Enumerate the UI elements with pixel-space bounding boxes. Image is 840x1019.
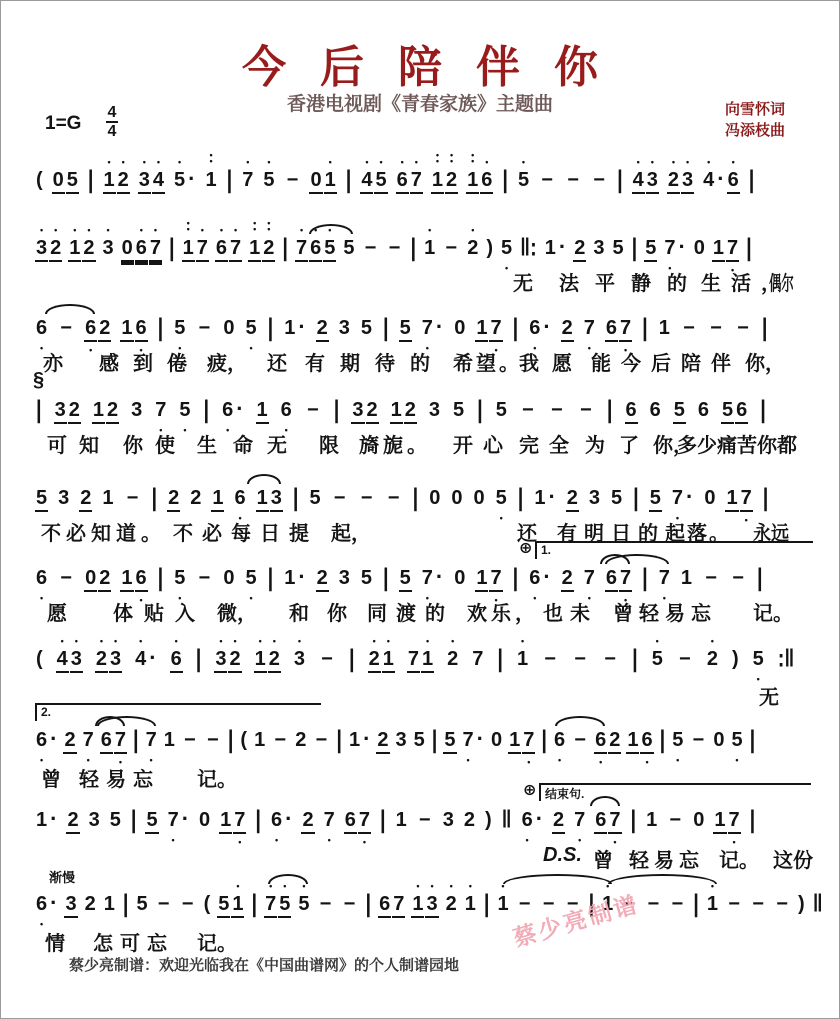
note: 7• bbox=[196, 236, 209, 262]
lyric-segment: 你 bbox=[327, 597, 347, 626]
lyric-segment: 疲， bbox=[207, 347, 247, 376]
note: 6• bbox=[35, 316, 48, 340]
note: 2• • bbox=[445, 168, 458, 194]
note: 5 bbox=[135, 892, 148, 916]
music-symbol: − bbox=[442, 236, 460, 260]
music-symbol: | bbox=[335, 728, 343, 752]
lyric-segment: 记。 bbox=[197, 927, 237, 956]
note: 2 bbox=[79, 486, 92, 512]
note: 5 bbox=[66, 168, 79, 194]
note: 5• bbox=[278, 892, 291, 918]
music-symbol: · bbox=[187, 167, 196, 192]
music-symbol: ( bbox=[35, 168, 44, 192]
music-symbol: | bbox=[122, 892, 130, 916]
note: 0 bbox=[198, 808, 211, 832]
note: 3 bbox=[338, 316, 351, 340]
note: 5 bbox=[644, 236, 657, 262]
music-symbol: − bbox=[304, 398, 322, 422]
note: 1• • bbox=[204, 168, 217, 192]
lyric-segment: 这份 bbox=[773, 844, 813, 873]
music-symbol: | bbox=[496, 647, 504, 671]
note: 5• bbox=[730, 728, 743, 752]
lyric-segment: 完全 bbox=[519, 429, 579, 458]
note: 2 bbox=[167, 486, 180, 512]
coda-icon: ⊕ bbox=[523, 780, 536, 800]
note: 1 bbox=[35, 808, 48, 832]
score-line-4: §|321237•5•|6•·16•−|321235|5−−−|665656| bbox=[35, 397, 813, 427]
music-symbol: − bbox=[702, 566, 720, 590]
note: 6• bbox=[135, 236, 148, 262]
music-symbol: − bbox=[601, 647, 619, 671]
note: 6• bbox=[221, 398, 234, 422]
note: 2• • bbox=[262, 236, 275, 262]
note: 3 bbox=[88, 808, 101, 832]
note: 7• bbox=[573, 808, 586, 832]
music-symbol: − bbox=[644, 892, 662, 916]
music-symbol: · bbox=[547, 485, 556, 510]
music-symbol: − bbox=[312, 728, 330, 752]
note: 1 bbox=[725, 486, 738, 512]
note: 5• bbox=[244, 316, 257, 340]
music-symbol: · bbox=[297, 565, 306, 590]
note: 6• bbox=[84, 316, 97, 342]
music-symbol: · bbox=[685, 485, 694, 510]
music-symbol: − bbox=[541, 647, 559, 671]
key-signature: 1=G bbox=[45, 113, 81, 135]
note: 3• bbox=[35, 236, 48, 262]
music-symbol: | bbox=[379, 808, 387, 832]
note: 0 bbox=[450, 486, 463, 510]
note: 6• bbox=[135, 566, 148, 592]
note: 7• bbox=[462, 728, 475, 752]
note: 0 bbox=[703, 486, 716, 510]
note: 2• bbox=[117, 168, 130, 194]
note: 2 bbox=[463, 808, 476, 832]
lyric-segment: 感到倦 bbox=[99, 347, 201, 376]
note: 5• bbox=[173, 316, 186, 340]
music-symbol: | bbox=[631, 236, 639, 260]
note: 6• bbox=[528, 566, 541, 590]
volta-bracket: 结束句. bbox=[539, 783, 811, 801]
note: 5 bbox=[109, 808, 122, 832]
note: 1 bbox=[163, 728, 176, 752]
score-line-8: 2.6•·27•67•|7•1−−|(1−2−|1·235|57•·017•|6… bbox=[35, 727, 813, 757]
note: 0 bbox=[309, 168, 322, 194]
lyric-segment: 生 bbox=[197, 429, 217, 458]
music-symbol: · bbox=[362, 727, 371, 752]
note: 2 bbox=[66, 808, 79, 834]
note: 6• bbox=[553, 728, 566, 752]
music-symbol: | bbox=[540, 728, 548, 752]
note: 1 bbox=[645, 808, 658, 832]
note: 6 bbox=[649, 398, 662, 422]
music-symbol: − bbox=[179, 892, 197, 916]
lyric-line-9: D.S.曾轻易忘记。这份 bbox=[1, 844, 839, 870]
music-symbol: − bbox=[181, 728, 199, 752]
music-symbol: − bbox=[195, 566, 213, 590]
note: 7• bbox=[149, 236, 162, 262]
note: 3 bbox=[338, 566, 351, 590]
note: 2 bbox=[189, 486, 202, 510]
note: 6• bbox=[309, 236, 322, 262]
note: 3 bbox=[54, 398, 67, 424]
note: 7 bbox=[471, 647, 484, 671]
note: 5• bbox=[244, 566, 257, 590]
music-symbol: − bbox=[707, 316, 725, 340]
note: 5• bbox=[495, 486, 508, 510]
note: 0 bbox=[472, 486, 485, 510]
lyric-segment: 不必每日提 bbox=[173, 517, 318, 546]
music-symbol: · bbox=[49, 807, 58, 832]
song-title: 今后陪伴你 bbox=[1, 31, 839, 95]
segno-icon: § bbox=[33, 369, 44, 392]
lyric-segment: 情 bbox=[45, 927, 65, 956]
music-symbol: | bbox=[756, 566, 764, 590]
lyric-segment: 无 bbox=[759, 681, 779, 710]
note: 1 bbox=[626, 728, 639, 754]
note: 2 bbox=[561, 566, 574, 592]
note: 6 bbox=[605, 566, 618, 592]
music-symbol: · bbox=[435, 565, 444, 590]
music-symbol: − bbox=[57, 566, 75, 590]
note: 7• bbox=[114, 728, 127, 754]
note: 2 bbox=[98, 316, 111, 342]
music-symbol: | bbox=[226, 168, 234, 192]
music-symbol: − bbox=[57, 316, 75, 340]
note: 0 bbox=[52, 168, 65, 194]
music-symbol: | bbox=[254, 808, 262, 832]
music-symbol: − bbox=[331, 486, 349, 510]
music-symbol: − bbox=[666, 808, 684, 832]
note: 7• bbox=[167, 808, 180, 832]
music-symbol: · bbox=[542, 315, 551, 340]
note: 1• bbox=[411, 892, 424, 918]
note: 2 bbox=[561, 316, 574, 342]
note: 5 bbox=[342, 236, 355, 260]
music-symbol: · bbox=[716, 167, 725, 192]
music-symbol: | bbox=[382, 316, 390, 340]
music-symbol: − bbox=[519, 398, 537, 422]
note: 1 bbox=[120, 316, 133, 342]
note: 5 bbox=[399, 566, 412, 592]
note: 6 bbox=[594, 808, 607, 834]
note: 6 bbox=[100, 728, 113, 754]
music-symbol: − bbox=[734, 316, 752, 340]
score-line-6: 1.⊕6•−0216•|5•−05•|1·235|57•·017•|6•·27•… bbox=[35, 565, 813, 595]
music-symbol: · bbox=[284, 807, 293, 832]
note: 5 bbox=[360, 566, 373, 590]
note: 7• bbox=[583, 316, 596, 340]
note: 7• bbox=[154, 398, 167, 422]
note: 1 bbox=[390, 398, 403, 424]
note: 1 bbox=[533, 486, 546, 510]
note: 1• bbox=[382, 647, 395, 673]
note: 0 bbox=[453, 566, 466, 590]
lyric-segment: 还 bbox=[267, 347, 287, 376]
music-symbol: − bbox=[195, 316, 213, 340]
music-symbol: − bbox=[590, 168, 608, 192]
score-line-1: (05|1•2•3•4•5•·1• •|7•5•−01•|4•5•6•7•1• … bbox=[35, 167, 813, 197]
music-symbol: | bbox=[267, 316, 275, 340]
music-symbol: | bbox=[412, 486, 420, 510]
score-line-2: 3•2•1•2•3•06•7•|1• •7•6•7•1• •2• •|7•6•5… bbox=[35, 235, 813, 265]
music-symbol: · bbox=[148, 646, 157, 671]
note: 2• bbox=[368, 647, 381, 673]
music-symbol: | bbox=[761, 316, 769, 340]
note: 2 bbox=[98, 566, 111, 592]
note: 2• bbox=[228, 647, 241, 673]
note: 5 bbox=[452, 398, 465, 422]
note: 0 bbox=[692, 808, 705, 832]
note: 5• bbox=[500, 236, 513, 260]
note: 3• bbox=[681, 168, 694, 194]
music-symbol: · bbox=[181, 807, 190, 832]
music-symbol: − bbox=[124, 486, 142, 510]
note: 7• bbox=[489, 566, 502, 592]
note: 1 bbox=[103, 892, 116, 916]
lyric-segment: 轻易忘 bbox=[629, 844, 704, 873]
music-symbol: − bbox=[416, 808, 434, 832]
music-symbol: | bbox=[364, 892, 372, 916]
note: 1 bbox=[348, 728, 361, 752]
note: 3• bbox=[70, 647, 83, 673]
note: 0 bbox=[712, 728, 725, 752]
note: 1 bbox=[680, 566, 693, 590]
note: 5 bbox=[610, 486, 623, 510]
music-symbol: | bbox=[759, 398, 767, 422]
note: 1• bbox=[464, 892, 477, 916]
note: 6 bbox=[344, 808, 357, 834]
note: 2 bbox=[294, 728, 307, 752]
note: 1 bbox=[101, 486, 114, 510]
note: 2• bbox=[446, 647, 459, 671]
lyric-line-10: 情怎可忘记。 bbox=[1, 927, 839, 953]
note: 5 bbox=[443, 728, 456, 754]
music-symbol: − bbox=[548, 398, 566, 422]
music-symbol: | bbox=[632, 486, 640, 510]
lyric-segment: 希望。 bbox=[453, 347, 522, 376]
note: 1• • bbox=[248, 236, 261, 262]
music-symbol: ) bbox=[797, 892, 806, 916]
music-symbol: − bbox=[340, 892, 358, 916]
time-numerator: 4 bbox=[106, 104, 119, 123]
note: 0 bbox=[222, 316, 235, 340]
note: 0 bbox=[453, 316, 466, 340]
music-symbol: − bbox=[385, 236, 403, 260]
note: 5• bbox=[173, 566, 186, 590]
lyric-line-5: 不必知道。不必每日提起，还有明日的起落。永远 bbox=[1, 517, 839, 543]
note: 3 bbox=[270, 486, 283, 512]
note: 5• bbox=[173, 168, 186, 192]
lyric-segment: 怎可忘 bbox=[93, 927, 174, 956]
lyric-segment: 你， bbox=[745, 347, 785, 376]
note: 2 bbox=[301, 808, 314, 834]
music-symbol: · bbox=[558, 235, 567, 260]
lyric-segment: 体贴入 bbox=[113, 597, 206, 626]
music-symbol: − bbox=[729, 566, 747, 590]
music-symbol: · bbox=[49, 891, 58, 916]
note: 0 bbox=[428, 486, 441, 510]
music-symbol: ‖: bbox=[519, 236, 538, 260]
note: 2• bbox=[49, 236, 62, 262]
note: 6• bbox=[280, 398, 293, 422]
lyric-segment: 轻易忘 bbox=[79, 763, 160, 792]
note: 6 bbox=[735, 398, 748, 424]
music-symbol: ( bbox=[35, 647, 44, 671]
music-symbol: | bbox=[281, 236, 289, 260]
lyric-segment: 记。 bbox=[197, 763, 237, 792]
note: 3 bbox=[592, 236, 605, 260]
note: 2 bbox=[316, 316, 329, 342]
music-symbol: | bbox=[345, 168, 353, 192]
note: 1• bbox=[254, 647, 267, 673]
note: 7• bbox=[410, 168, 423, 194]
note: 1 bbox=[508, 728, 521, 754]
music-symbol: − bbox=[538, 168, 556, 192]
note: 3 bbox=[588, 486, 601, 510]
note: 3• bbox=[214, 647, 227, 673]
note: 5 bbox=[611, 236, 624, 260]
lyric-segment: 曾轻易忘 bbox=[613, 597, 717, 626]
note: 7• bbox=[619, 566, 632, 592]
lyric-segment: 曾 bbox=[41, 763, 61, 792]
note: 6• bbox=[396, 168, 409, 194]
music-symbol: | bbox=[132, 728, 140, 752]
note: 6• bbox=[35, 892, 48, 916]
music-symbol: | bbox=[292, 486, 300, 510]
note: 3 bbox=[64, 892, 77, 918]
note: 2 bbox=[63, 728, 76, 754]
note: 6• bbox=[640, 728, 653, 754]
note: 4• bbox=[632, 168, 645, 194]
note: 6• bbox=[215, 236, 228, 262]
note: 3 bbox=[57, 486, 70, 510]
note: 7• bbox=[583, 566, 596, 590]
note: 7• bbox=[522, 728, 535, 754]
music-symbol: :‖ bbox=[777, 647, 796, 671]
tempo-marking: 渐慢 bbox=[49, 867, 75, 886]
note: 1• bbox=[496, 892, 509, 916]
note: 5• bbox=[262, 168, 275, 192]
lyric-segment: 了 bbox=[619, 429, 639, 458]
music-symbol: | bbox=[616, 168, 624, 192]
note: 6• bbox=[135, 316, 148, 342]
lyric-segment: 命 bbox=[233, 429, 253, 458]
note: 6• bbox=[528, 316, 541, 340]
note: 2 bbox=[366, 398, 379, 424]
note: 4• bbox=[134, 647, 147, 671]
note: 1 bbox=[475, 316, 488, 342]
music-symbol: − bbox=[361, 236, 379, 260]
score-line-9: 结束句.⊕1·235|57•·017•|6•·27•67•|1−32)‖6•·2… bbox=[35, 807, 813, 837]
music-symbol: ) bbox=[731, 647, 740, 671]
music-symbol: − bbox=[358, 486, 376, 510]
music-symbol: ) bbox=[485, 236, 494, 260]
note: 6• bbox=[727, 168, 740, 194]
note: 2 bbox=[106, 398, 119, 424]
music-symbol: − bbox=[155, 892, 173, 916]
music-symbol: | bbox=[512, 566, 520, 590]
music-symbol: | bbox=[476, 398, 484, 422]
note: 3• bbox=[138, 168, 151, 194]
music-symbol: ‖ bbox=[501, 808, 513, 832]
note: 7• bbox=[671, 486, 684, 510]
music-symbol: | bbox=[641, 316, 649, 340]
music-symbol: | bbox=[348, 647, 356, 671]
note: 1 bbox=[283, 316, 296, 340]
sheet-page: 今后陪伴你 香港电视剧《青春家族》主题曲 向雪怀词 冯添枝曲 1=G 4 4 (… bbox=[0, 0, 840, 1019]
music-symbol: | bbox=[87, 168, 95, 192]
note: 0 bbox=[121, 236, 134, 262]
note: 1• bbox=[421, 647, 434, 673]
music-symbol: | bbox=[748, 168, 756, 192]
music-symbol: − bbox=[318, 647, 336, 671]
lyric-segment: 不必知道。 bbox=[41, 517, 166, 546]
lyric-line-3: 亦感到倦疲，还有期待的希望。我愿能今后陪伴你， bbox=[1, 347, 839, 373]
note: 5 bbox=[145, 808, 158, 834]
music-symbol: | bbox=[333, 398, 341, 422]
note: 5 bbox=[649, 486, 662, 512]
note: 7• bbox=[229, 236, 242, 262]
note: 1• bbox=[516, 647, 529, 671]
note: 7• bbox=[421, 316, 434, 340]
note: 6 bbox=[605, 316, 618, 342]
note: 1 bbox=[219, 808, 232, 834]
note: 7 bbox=[407, 647, 420, 673]
note: 7• bbox=[145, 728, 158, 752]
note: 5 bbox=[360, 316, 373, 340]
music-symbol: | bbox=[517, 486, 525, 510]
note: 6• bbox=[521, 808, 534, 832]
lyric-segment: 无 bbox=[513, 267, 533, 296]
note: 6• bbox=[170, 647, 183, 673]
note: 5 bbox=[721, 398, 734, 424]
lyric-segment: 也未 bbox=[543, 597, 597, 626]
note: 3• bbox=[293, 647, 306, 671]
note: 1• bbox=[231, 892, 244, 918]
note: 1• bbox=[68, 236, 81, 262]
music-symbol: | bbox=[409, 236, 417, 260]
music-symbol: | bbox=[157, 566, 165, 590]
note: 3• bbox=[425, 892, 438, 918]
music-symbol: · bbox=[235, 397, 244, 422]
note: 5• bbox=[752, 647, 765, 671]
music-symbol: − bbox=[749, 892, 767, 916]
lyric-line-2: 无法平静的生活，偶尔 bbox=[1, 267, 839, 293]
note: 7• bbox=[233, 808, 246, 834]
note: 1 bbox=[713, 808, 726, 834]
lyric-segment: 能今后陪伴 bbox=[591, 347, 741, 376]
note: 7• bbox=[82, 728, 95, 752]
music-symbol: | bbox=[202, 398, 210, 422]
note: 2• bbox=[82, 236, 95, 262]
music-symbol: − bbox=[385, 486, 403, 510]
note: 1 bbox=[256, 398, 269, 424]
note: 0 bbox=[490, 728, 503, 752]
music-symbol: | bbox=[130, 808, 138, 832]
note: 5 bbox=[35, 486, 48, 512]
lyric-segment: 开心 bbox=[453, 429, 513, 458]
note: 7• bbox=[421, 566, 434, 590]
score-line-7: (4•3•2•3•4•·6•|3•2•1•2•3•−|2•1•71•2•7|1•… bbox=[35, 646, 813, 676]
lyric-segment: 亦 bbox=[43, 347, 63, 376]
note: 7• bbox=[489, 316, 502, 342]
note: 5• bbox=[178, 398, 191, 422]
music-symbol: · bbox=[677, 235, 686, 260]
note: 0 bbox=[222, 566, 235, 590]
music-symbol: | bbox=[749, 808, 757, 832]
music-symbol: − bbox=[516, 892, 534, 916]
